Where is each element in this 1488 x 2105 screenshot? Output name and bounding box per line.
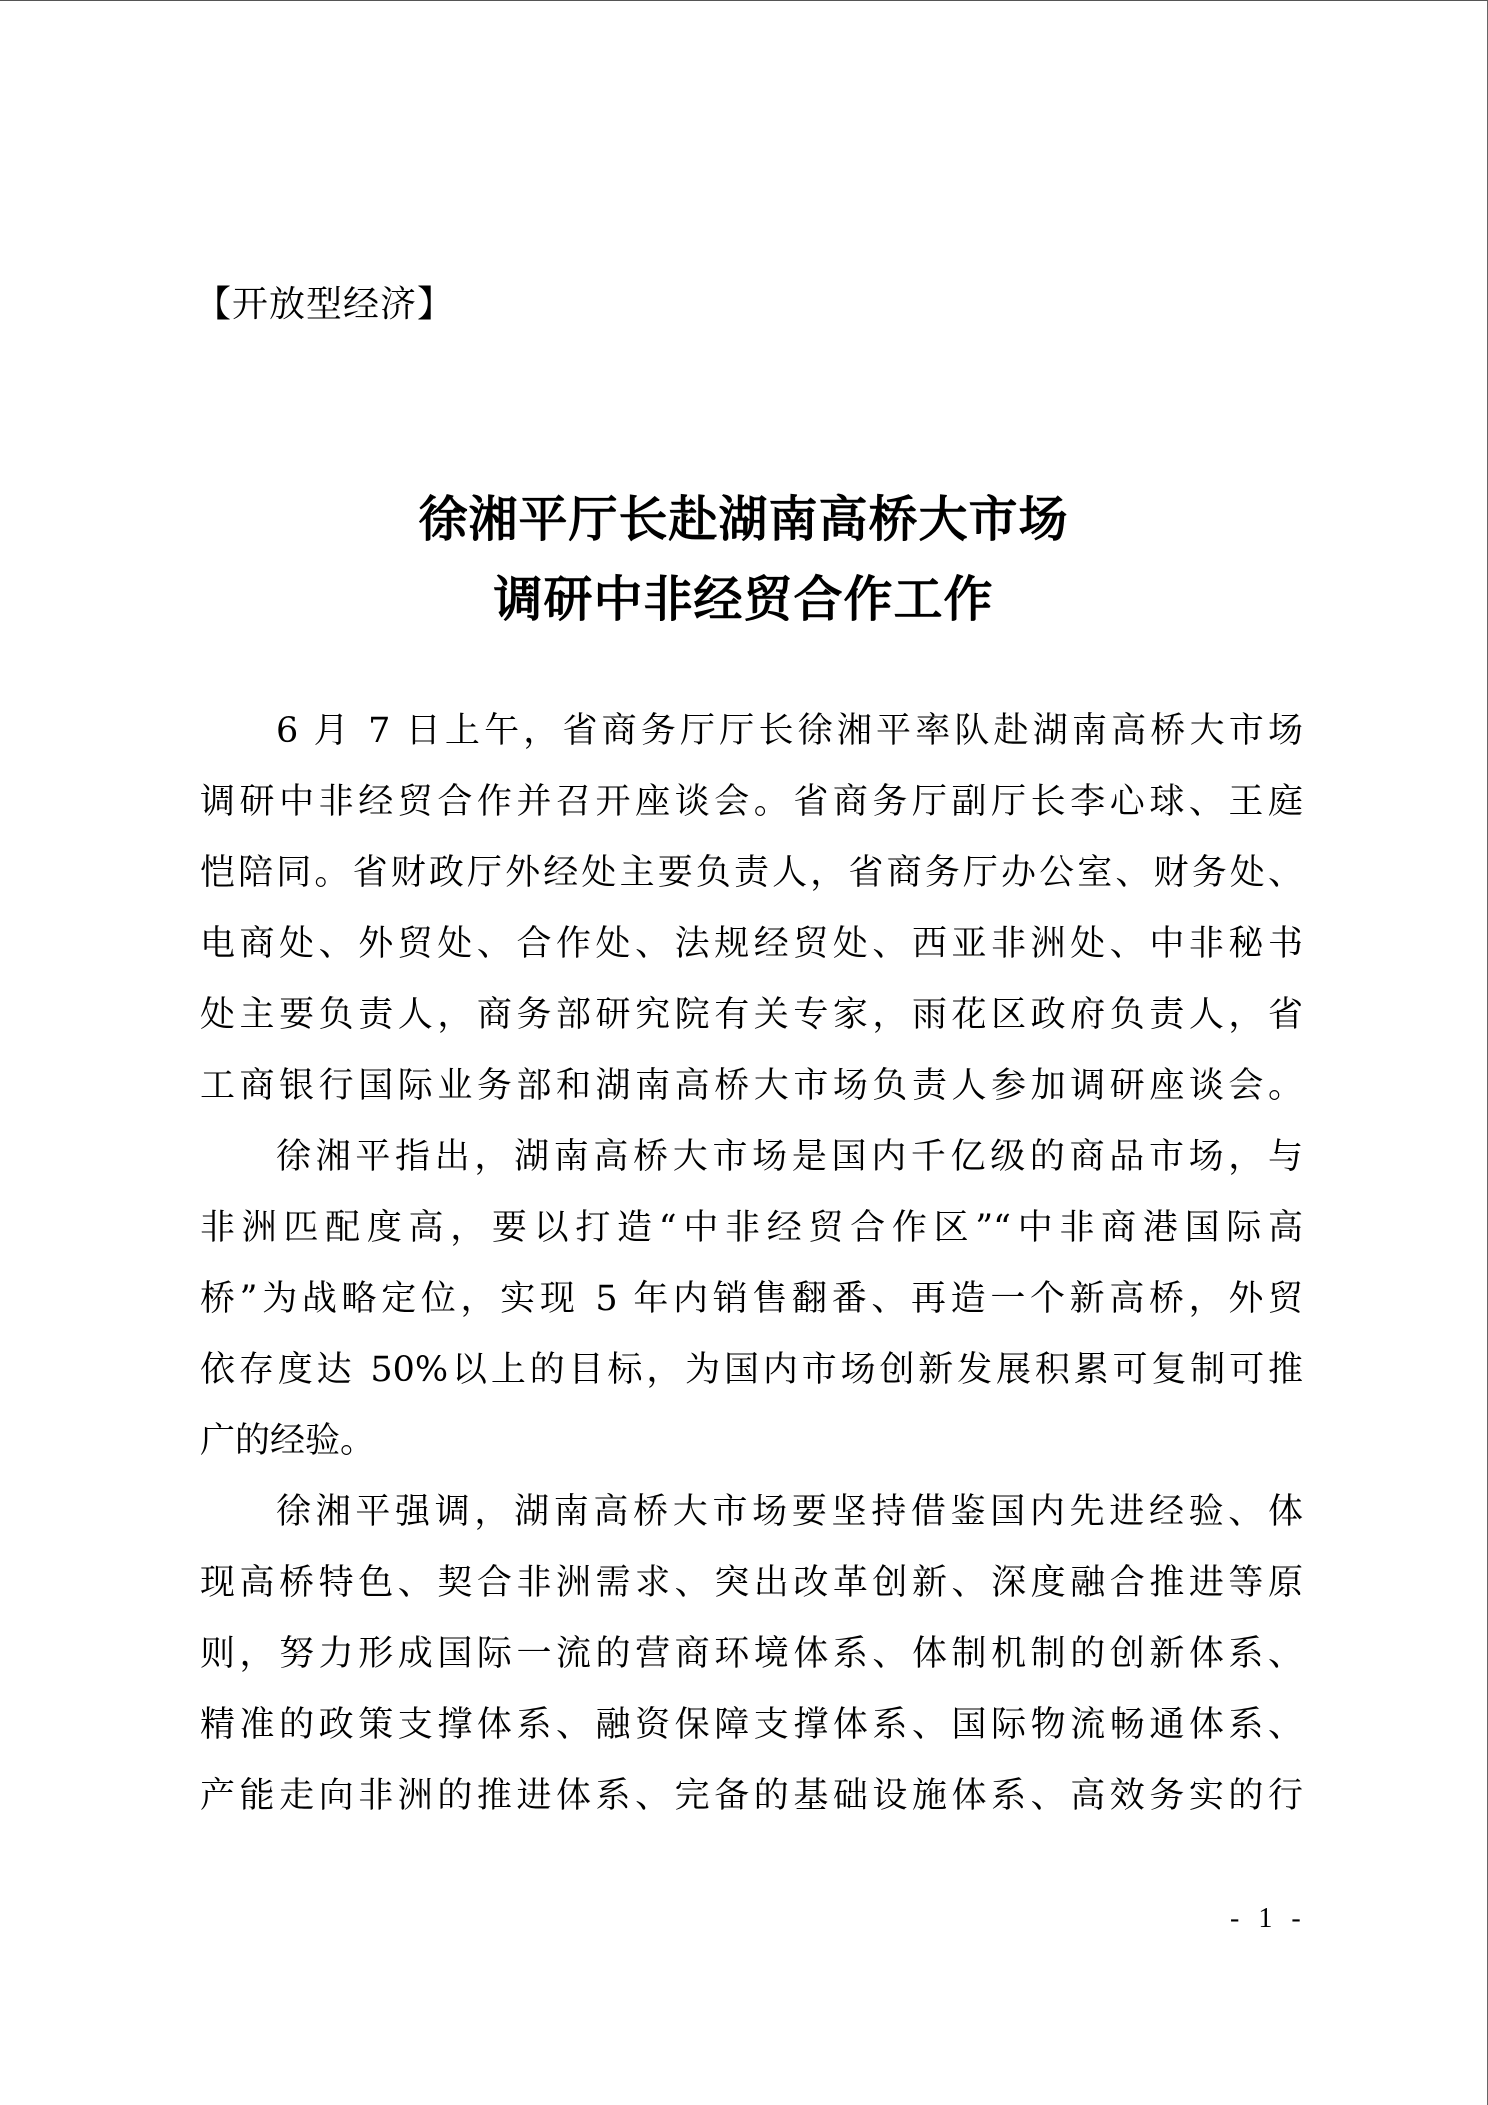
text-line: 精准的政策支撑体系、融资保障支撑体系、国际物流畅通体系、	[200, 1690, 1303, 1761]
text-line: 徐湘平强调，湖南高桥大市场要坚持借鉴国内先进经验、体	[200, 1477, 1303, 1548]
text-line: 工商银行国际业务部和湖南高桥大市场负责人参加调研座谈会。	[200, 1051, 1303, 1122]
text-line: 产能走向非洲的推进体系、完备的基础设施体系、高效务实的行	[200, 1761, 1303, 1832]
paragraph-2: 徐湘平指出，湖南高桥大市场是国内千亿级的商品市场，与 非洲匹配度高，要以打造“中…	[200, 1122, 1303, 1477]
section-tag: 【开放型经济】	[195, 281, 454, 329]
paragraph-1: 6 月 7 日上午，省商务厅厅长徐湘平率队赴湖南高桥大市场 调研中非经贸合作并召…	[200, 696, 1303, 1122]
text-line: 则，努力形成国际一流的营商环境体系、体制机制的创新体系、	[200, 1619, 1303, 1690]
paragraph-3: 徐湘平强调，湖南高桥大市场要坚持借鉴国内先进经验、体 现高桥特色、契合非洲需求、…	[200, 1477, 1303, 1832]
text-line: 现高桥特色、契合非洲需求、突出改革创新、深度融合推进等原	[200, 1548, 1303, 1619]
text-line: 广的经验。	[200, 1406, 1303, 1477]
document-page: 【开放型经济】 徐湘平厅长赴湖南高桥大市场 调研中非经贸合作工作 6 月 7 日…	[0, 0, 1488, 2105]
title-line-1: 徐湘平厅长赴湖南高桥大市场	[0, 479, 1487, 559]
title-line-2: 调研中非经贸合作工作	[0, 559, 1487, 639]
text-line: 非洲匹配度高，要以打造“中非经贸合作区”“中非商港国际高	[200, 1193, 1303, 1264]
article-body: 6 月 7 日上午，省商务厅厅长徐湘平率队赴湖南高桥大市场 调研中非经贸合作并召…	[200, 696, 1303, 1832]
page-number: - 1 -	[1230, 1903, 1307, 1935]
text-line: 徐湘平指出，湖南高桥大市场是国内千亿级的商品市场，与	[200, 1122, 1303, 1193]
article-title: 徐湘平厅长赴湖南高桥大市场 调研中非经贸合作工作	[0, 479, 1487, 639]
text-line: 6 月 7 日上午，省商务厅厅长徐湘平率队赴湖南高桥大市场	[200, 696, 1303, 767]
text-line: 处主要负责人，商务部研究院有关专家，雨花区政府负责人，省	[200, 980, 1303, 1051]
text-line: 恺陪同。省财政厅外经处主要负责人，省商务厅办公室、财务处、	[200, 838, 1303, 909]
text-line: 调研中非经贸合作并召开座谈会。省商务厅副厅长李心球、王庭	[200, 767, 1303, 838]
text-line: 桥”为战略定位，实现 5 年内销售翻番、再造一个新高桥，外贸	[200, 1264, 1303, 1335]
text-line: 依存度达 50%以上的目标，为国内市场创新发展积累可复制可推	[200, 1335, 1303, 1406]
text-line: 电商处、外贸处、合作处、法规经贸处、西亚非洲处、中非秘书	[200, 909, 1303, 980]
